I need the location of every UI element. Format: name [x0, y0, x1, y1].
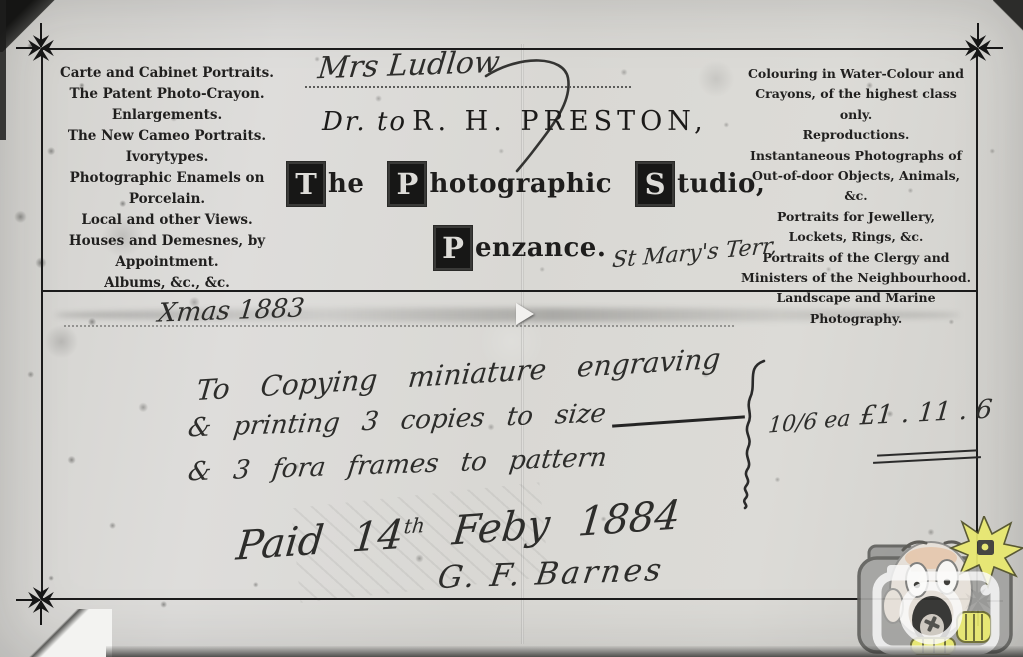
services-list-right: Colouring in Water-Colour and Crayons, o… — [740, 64, 972, 329]
service-line: Enlargements. — [42, 105, 292, 126]
service-line: Instantaneous Photographs of — [740, 146, 972, 166]
services-list-left: Carte and Cabinet Portraits. The Patent … — [42, 63, 292, 294]
paper-corner-shadow — [993, 0, 1023, 48]
maltese-cross-icon — [964, 34, 992, 62]
service-line: Reproductions. — [740, 125, 972, 145]
service-line: Portraits for Jewellery, — [740, 207, 972, 227]
service-line: Crayons, of the highest class only. — [740, 84, 972, 125]
handwritten-brace — [734, 358, 768, 510]
service-line: Ministers of the Neighbourhood. — [740, 268, 972, 288]
paper-edge-shadow — [106, 646, 1023, 657]
service-line: Albums, &c., &c. — [42, 273, 292, 294]
ornate-initial: P — [388, 162, 426, 206]
date-note-handwritten: Xmas 1883 — [156, 293, 306, 328]
ornate-initial: P — [434, 226, 472, 270]
scan-background — [0, 609, 112, 657]
paper-corner-shadow — [0, 0, 56, 52]
service-line: Carte and Cabinet Portraits. — [42, 63, 292, 84]
proprietor-name: R. H. PRESTON, — [412, 106, 708, 137]
studio-word: The — [287, 162, 364, 206]
service-line: Photographic Enamels on Porcelain. — [42, 168, 292, 210]
studio-word: Studio, — [636, 162, 765, 206]
service-line: Photography. — [740, 309, 972, 329]
service-line: Ivorytypes. — [42, 147, 292, 168]
charge-prefix: Dr. to — [322, 107, 407, 137]
ornate-initial: T — [287, 162, 325, 206]
service-line: The New Cameo Portraits. — [42, 126, 292, 147]
service-line: The Patent Photo-Crayon. — [42, 84, 292, 105]
service-line: Local and other Views. — [42, 210, 292, 231]
service-line: Landscape and Marine — [740, 288, 972, 308]
studio-word: Penzance. — [434, 226, 606, 270]
ornate-initial: S — [636, 162, 674, 206]
studio-title-line2: Penzance. — [434, 226, 606, 270]
service-line: Appointment. — [42, 252, 292, 273]
service-line: Colouring in Water-Colour and — [740, 64, 972, 84]
bill-title: Dr. to R. H. PRESTON, — [322, 106, 708, 137]
recipient-dotted-rule — [305, 86, 631, 88]
studio-word: Photographic — [388, 162, 612, 206]
camera-mascot-watermark — [853, 516, 1023, 657]
scanned-invoice-photo: Carte and Cabinet Portraits. The Patent … — [0, 0, 1023, 657]
service-line: Houses and Demesnes, by — [42, 231, 292, 252]
paper-edge-shadow — [0, 0, 6, 140]
studio-title-line1: The Photographic Studio, — [287, 162, 765, 206]
service-line: Out-of-door Objects, Animals, &c. — [740, 166, 972, 207]
